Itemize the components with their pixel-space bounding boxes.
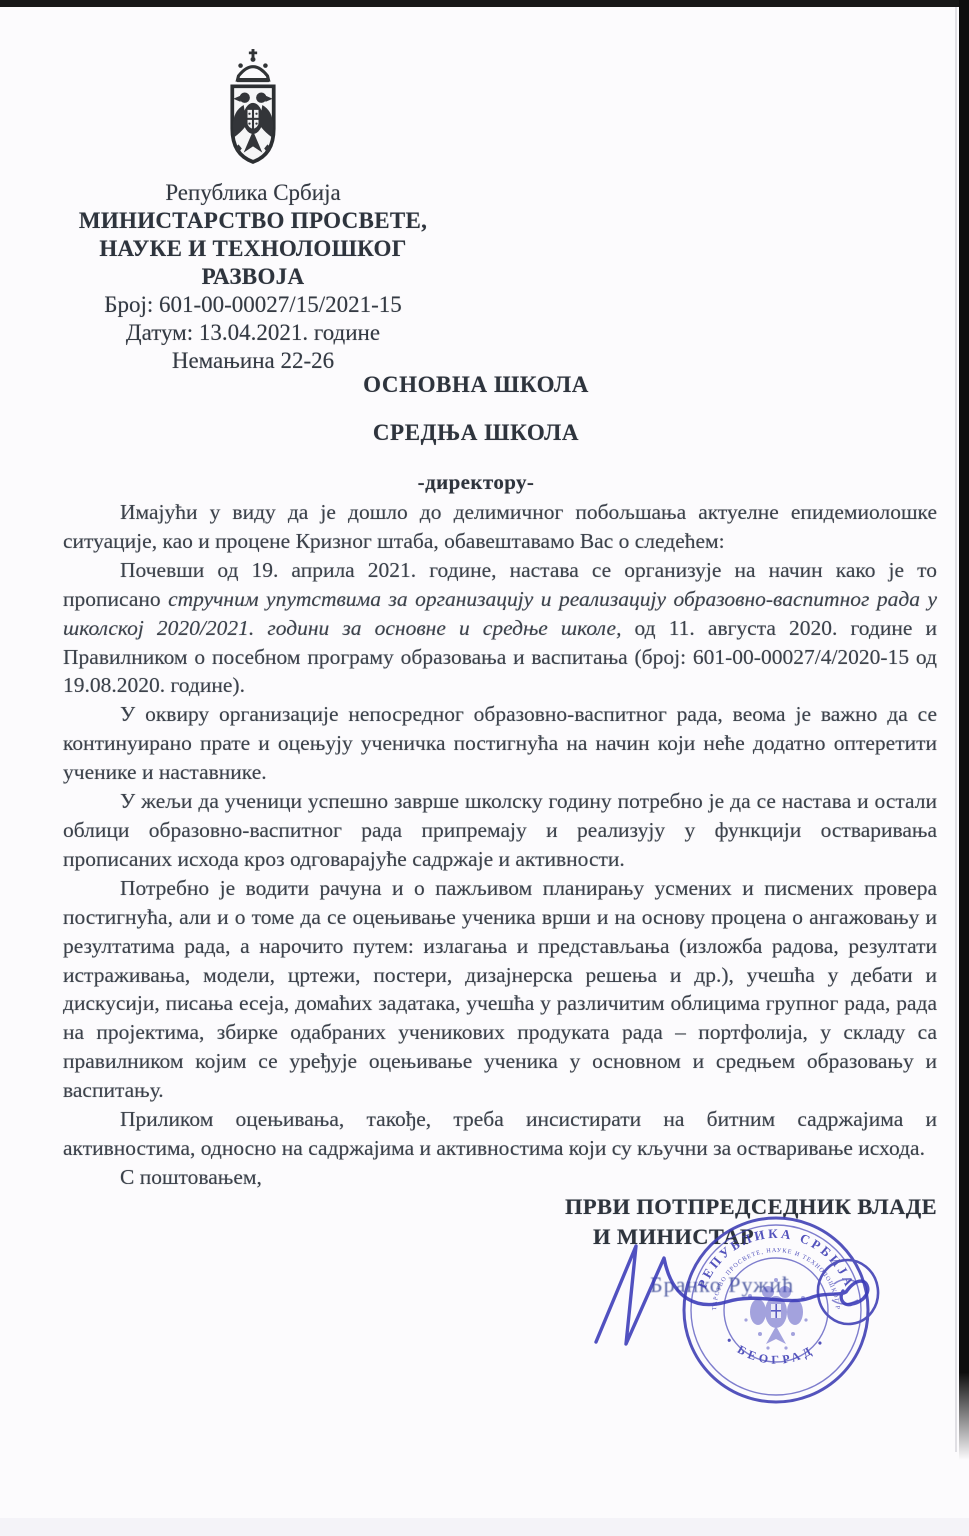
ministry-name-line3: РАЗВОЈА bbox=[35, 263, 471, 291]
recipient-director: -директору- bbox=[0, 470, 952, 495]
paragraph-1: Имајући у виду да је дошло до делимичног… bbox=[63, 498, 937, 556]
paragraph-6: Приликом оцењивања, такође, треба инсист… bbox=[63, 1105, 937, 1163]
paragraph-5: Потребно је водити рачуна и о пажљивом п… bbox=[63, 874, 937, 1105]
scanned-letter-page: Република Србија МИНИСТАРСТВО ПРОСВЕТЕ, … bbox=[0, 0, 969, 1536]
recipient-secondary-school: СРЕДЊА ШКОЛА bbox=[0, 420, 952, 446]
scan-edge-right bbox=[959, 0, 969, 1460]
ministry-address: Немањина 22-26 bbox=[35, 347, 471, 375]
closing-salutation: С поштовањем, bbox=[63, 1163, 937, 1192]
scan-edge-top bbox=[0, 0, 969, 7]
official-stamp-and-signature: РЕПУБЛИКА СРБИЈА МИНИСТАРСТВО ПРОСВЕТЕ, … bbox=[560, 1200, 960, 1425]
seal-center-cross bbox=[771, 1304, 781, 1318]
letter-body: Имајући у виду да је дошло до делимичног… bbox=[63, 498, 937, 1192]
paragraph-4: У жељи да ученици успешно заврше школску… bbox=[63, 787, 937, 874]
letterhead: Република Србија МИНИСТАРСТВО ПРОСВЕТЕ, … bbox=[35, 179, 471, 375]
document-date: Датум: 13.04.2021. године bbox=[35, 319, 471, 347]
ministry-name-line1: МИНИСТАРСТВО ПРОСВЕТЕ, bbox=[35, 207, 471, 235]
serbia-coat-of-arms-icon bbox=[221, 48, 285, 164]
recipient-block: ОСНОВНА ШКОЛА СРЕДЊА ШКОЛА -директору- bbox=[0, 372, 952, 495]
document-number: Број: 601-00-00027/15/2021-15 bbox=[35, 291, 471, 319]
paragraph-3: У оквиру организације непосредног образо… bbox=[63, 700, 937, 787]
paragraph-2: Почевши од 19. априла 2021. године, наст… bbox=[63, 556, 937, 701]
round-seal-icon: РЕПУБЛИКА СРБИЈА МИНИСТАРСТВО ПРОСВЕТЕ, … bbox=[560, 1200, 882, 1402]
scan-edge-bottom bbox=[0, 1518, 969, 1536]
country-name: Република Србија bbox=[35, 179, 471, 207]
ministry-name-line2: НАУКЕ И ТЕХНОЛОШКОГ bbox=[35, 235, 471, 263]
recipient-primary-school: ОСНОВНА ШКОЛА bbox=[0, 372, 952, 398]
